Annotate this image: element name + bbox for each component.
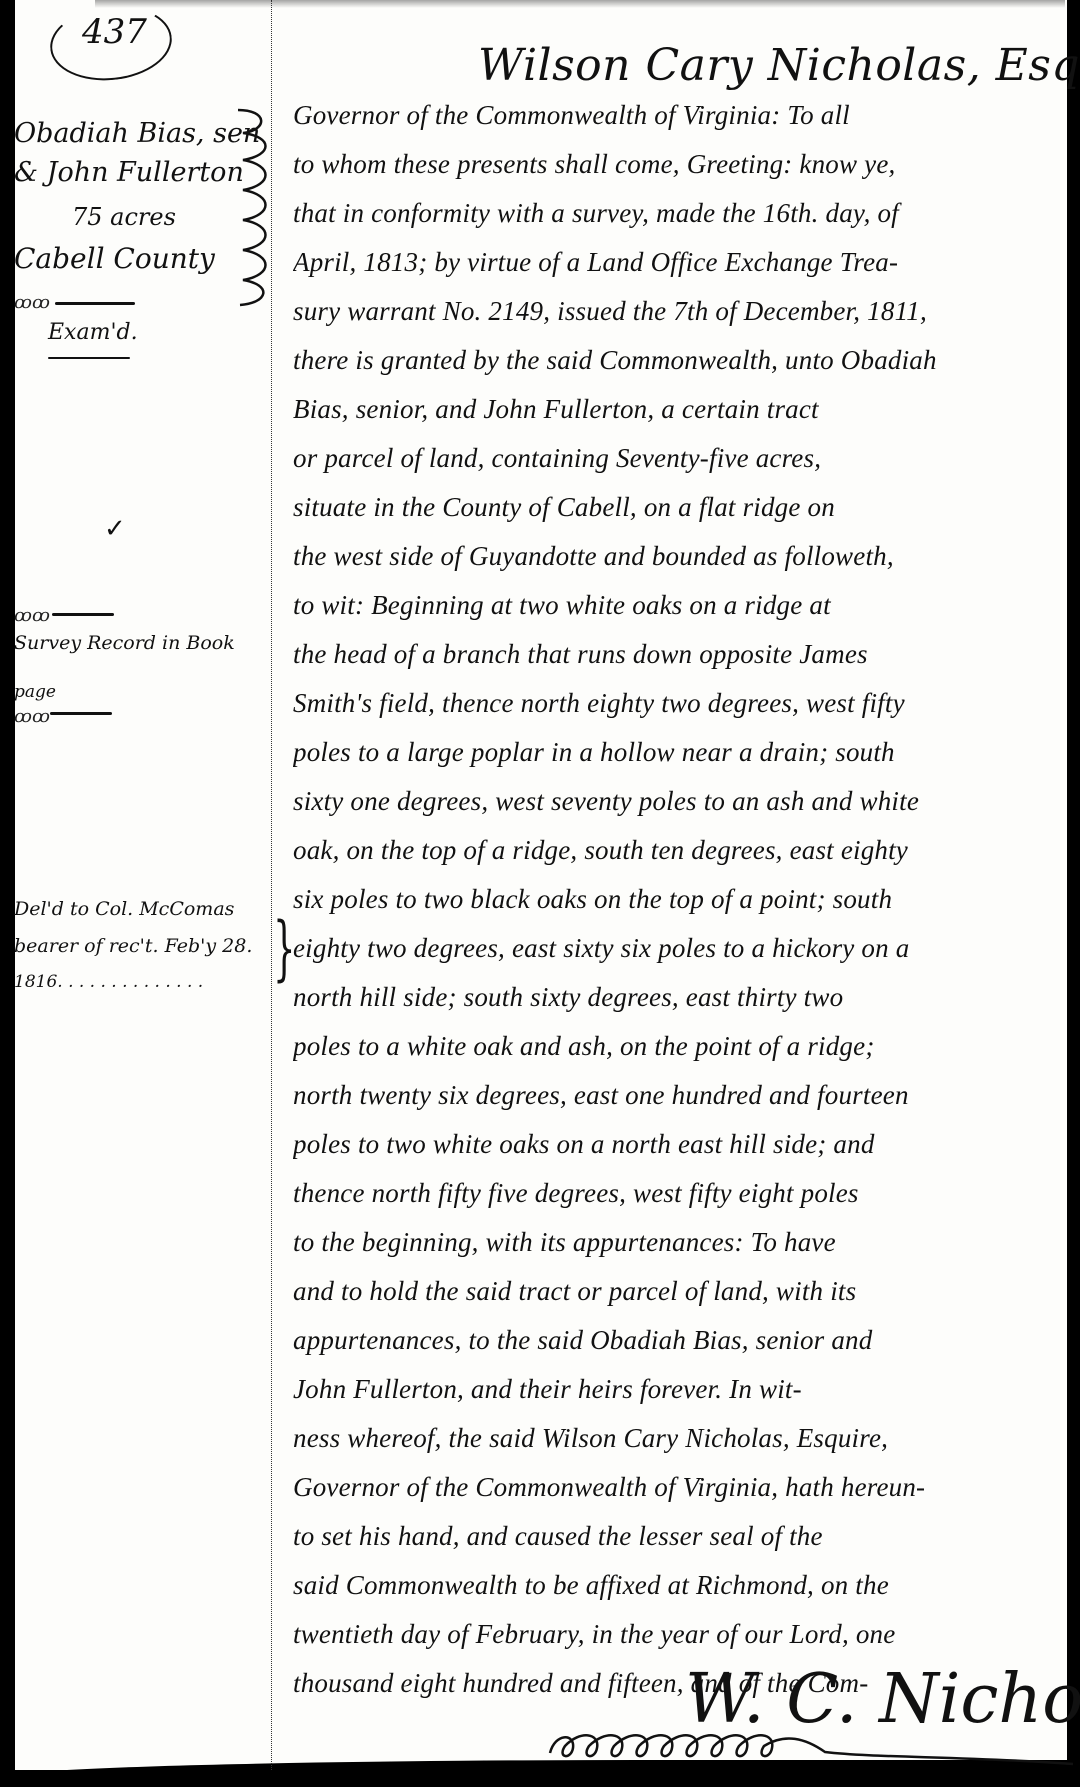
margin-delivery-line1: Del'd to Col. McComas (14, 898, 234, 920)
body-line: the head of a branch that runs down oppo… (293, 639, 1063, 670)
body-line: to whom these presents shall come, Greet… (293, 149, 1063, 180)
margin-flourish-icon: ꝏꝏ (14, 605, 50, 626)
margin-rule-line (52, 613, 114, 616)
body-line: said Commonwealth to be affixed at Richm… (293, 1570, 1063, 1601)
body-line: sury warrant No. 2149, issued the 7th of… (293, 296, 1063, 327)
body-line: Smith's field, thence north eighty two d… (293, 688, 1063, 719)
body-line: to wit: Beginning at two white oaks on a… (293, 590, 1063, 621)
margin-grantees-line1: Obadiah Bias, sen (14, 118, 260, 149)
margin-survey-note: Survey Record in Book (14, 632, 235, 654)
body-line: ness whereof, the said Wilson Cary Nicho… (293, 1423, 1063, 1454)
body-line: north hill side; south sixty degrees, ea… (293, 982, 1063, 1013)
body-line: and to hold the said tract or parcel of … (293, 1276, 1063, 1307)
body-line: appurtenances, to the said Obadiah Bias,… (293, 1325, 1063, 1356)
margin-county: Cabell County (14, 242, 215, 275)
margin-rule-line (55, 302, 135, 305)
body-line: to the beginning, with its appurtenances… (293, 1227, 1063, 1258)
body-line: April, 1813; by virtue of a Land Office … (293, 247, 1063, 278)
body-line: poles to two white oaks on a north east … (293, 1129, 1063, 1160)
margin-column: 437 Obadiah Bias, sen & John Fullerton 7… (0, 0, 270, 1770)
margin-examined: Exam'd. (48, 320, 138, 345)
body-line: or parcel of land, containing Seventy-fi… (293, 443, 1063, 474)
margin-grantees-line2: & John Fullerton (14, 157, 244, 188)
body-line: poles to a white oak and ash, on the poi… (293, 1031, 1063, 1062)
margin-rule-line (48, 357, 130, 359)
body-line: to set his hand, and caused the lesser s… (293, 1521, 1063, 1552)
squiggle-brace-icon (228, 105, 278, 310)
body-line: twentieth day of February, in the year o… (293, 1619, 1063, 1650)
grant-heading: Wilson Cary Nicholas, Esquire, (478, 40, 1080, 91)
body-line: six poles to two black oaks on the top o… (293, 884, 1063, 915)
margin-flourish-icon: ꝏꝏ (14, 292, 50, 313)
signature-flourish-icon (545, 1728, 1075, 1768)
body-line: eighty two degrees, east sixty six poles… (293, 933, 1063, 964)
margin-rule-line (50, 712, 112, 715)
body-line: there is granted by the said Commonwealt… (293, 345, 1063, 376)
body-line: sixty one degrees, west seventy poles to… (293, 786, 1063, 817)
body-line: Bias, senior, and John Fullerton, a cert… (293, 394, 1063, 425)
body-line: situate in the County of Cabell, on a fl… (293, 492, 1063, 523)
body-line: John Fullerton, and their heirs forever.… (293, 1374, 1063, 1405)
body-line: Governor of the Commonwealth of Virginia… (293, 1472, 1063, 1503)
scan-border-right (1067, 0, 1080, 1787)
body-line: poles to a large poplar in a hollow near… (293, 737, 1063, 768)
body-line: the west side of Guyandotte and bounded … (293, 541, 1063, 572)
folio-number: 437 (42, 6, 172, 68)
margin-flourish-icon: ꝏꝏ (14, 706, 50, 727)
margin-acreage: 75 acres (72, 203, 176, 231)
margin-survey-page: page (14, 682, 56, 702)
check-mark-icon: ✓ (104, 514, 126, 544)
body-line: that in conformity with a survey, made t… (293, 198, 1063, 229)
body-line: oak, on the top of a ridge, south ten de… (293, 835, 1063, 866)
margin-delivery-line3: 1816. . . . . . . . . . . . . . (14, 972, 203, 992)
body-line: thence north fifty five degrees, west fi… (293, 1178, 1063, 1209)
body-line: Governor of the Commonwealth of Virginia… (293, 100, 1063, 131)
body-line: north twenty six degrees, east one hundr… (293, 1080, 1063, 1111)
margin-delivery-line2: bearer of rec't. Feb'y 28. (14, 935, 252, 957)
